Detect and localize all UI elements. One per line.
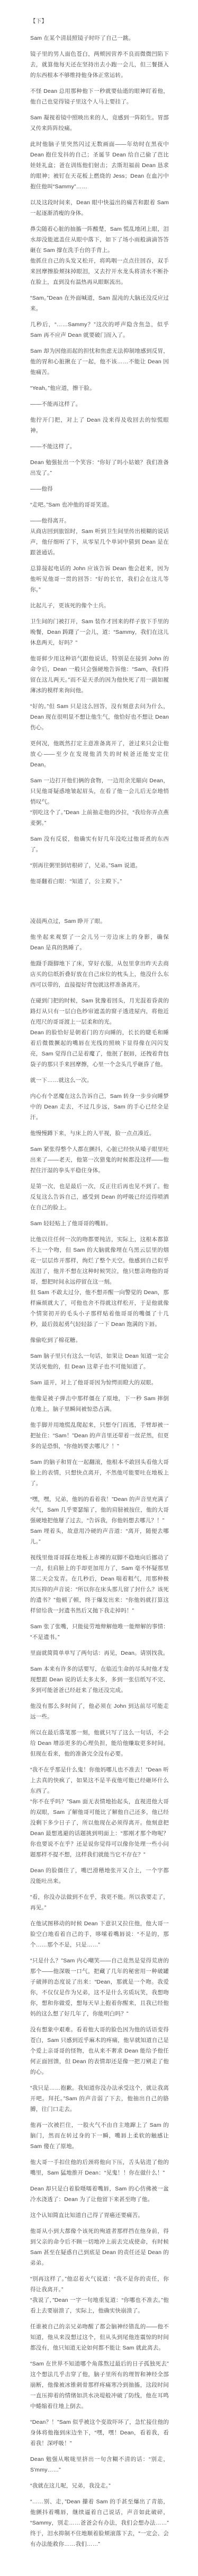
paragraph: “我就在这儿呢，兄弟，我没走。” — [30, 2481, 169, 2491]
paragraph: 几秒后，“……Sammy？”这次的呼声隐含焦急，似乎 Sam 再不应声 Dean… — [30, 319, 169, 340]
paragraph: Dean 的脸僵住了，嘴巴滑稽地张开又合上，一个字都没能吐出来。 — [30, 1865, 169, 1887]
article-title: 【下】 — [30, 16, 169, 27]
paragraph: 他哥翻着白眼：“知道了，公主殿下。” — [30, 876, 169, 887]
paragraph: 更何况，他既然打定主意准备离开了，爸过来只会让他放心——至少在发现他消失的时候爸… — [30, 738, 169, 770]
paragraph: “别再往粥里倒培根碎了，兄弟。”Sam 说道。 — [30, 860, 169, 871]
paragraph: ——不能再这样了。 — [30, 399, 169, 409]
page: { "page": { "background": "#ffffff", "te… — [0, 0, 198, 2576]
paragraph-list: Sam 在某个清晨照镜子时吓了自己一跳。镜子里的男人面色苍白，两颊因营养不良而微… — [30, 33, 169, 2549]
paragraph: Dean 勉强扯出一个笑容：“你好了吗小姑娘？我们准备出发了。” — [30, 457, 169, 478]
paragraph: Sam 在某个清晨照镜子时吓了自己一跳。 — [30, 33, 169, 43]
paragraph: 他蹑手蹑脚地下了床，穿好衣服，从包里拿出昨天去商店买的信纸折叠好放在自己床位的枕… — [30, 958, 169, 990]
paragraph: ——他得 — [30, 484, 169, 494]
paragraph: Sam 的脑子和胃在一起翻滚，他根本不敢回头看他大哥脸上的表情，只想快点离开，不… — [30, 1457, 169, 1489]
paragraph: Dean 勉强从喉咙里挤出一句含糊不清的话：“别走，S'mmy……” — [30, 2454, 169, 2475]
paragraph: “走吧。”Sam 也冲他的哥哥笑道。 — [30, 500, 169, 510]
paragraph: Sam 张了张嘴，只能徒劳地辩解他唯一能辩解的事情：“不是遗书。” — [30, 1621, 169, 1643]
paragraph: 他慢慢蹲下来，与床上的人平视，脸一点点凑近。 — [30, 1128, 169, 1139]
paragraph: 他哥鲜少用这种语气跟他说话，特别是在接到 John 的命令后，Dean 一般只会… — [30, 653, 169, 696]
paragraph: 以及这段时间来，Dean 眼中快溢出的痛苦和跟着 Sam 一起逐渐消瘦的身体。 — [30, 197, 169, 219]
paragraph: 在他试图移动的时候 Dean 下意识又拉住他，他大哥一脸空白地看着自己的手，哆嗦… — [30, 1918, 169, 1950]
paragraph: “Sam。”Dean 在外面喊道，Sam 混沌的大脑还没反应过来。 — [30, 293, 169, 314]
paragraph: 不怪 Dean 总用那种他下一秒就要仙逝的眼神盯着他，他自己也觉得镜子里这个人马… — [30, 86, 169, 107]
paragraph: Sam 脑子里只有这么一句话，如果让 Dean 知道一定会笑话死他的，但 Dea… — [30, 1351, 169, 1372]
section-break — [30, 892, 169, 916]
paragraph: 此时他脑子里突然闪过无数画面——年幼时在黑夜中 Dean 抱住发抖的自己；圣诞节… — [30, 139, 169, 192]
paragraph: 镜子里的男人面色苍白，两颊因营养不良而微微凹陷下去，就算他每天还在坚持出去小跑一… — [30, 49, 169, 81]
paragraph: 总算接起电话的 John 应该告诉 Dean 他会赶来，因为他听见他哥一贯的回答… — [30, 563, 169, 595]
paragraph: 他没有那么多时间了，他必须在 John 到达前尽可能走远一些。 — [30, 1701, 169, 1722]
paragraph: Sam 一边打开他们俩的食物，一边用余光瞄向 Dean，只见他哥疑惑地皱起眉头，… — [30, 775, 169, 828]
paragraph: 凌晨两点过，Sam 睁开了眼。 — [30, 916, 169, 927]
paragraph: Sam 本来有许多的话要写，在临近生命的尽头时他才发现想跟 Dean 说的话太多… — [30, 1664, 169, 1696]
paragraph: Sam 没有反驳，他确实有好几年没吃过他哥煮的东西了。 — [30, 834, 169, 855]
paragraph: 他拧开门把，对上了 Dean 没来得及收回去的惊慌眼神。 — [30, 415, 169, 436]
paragraph: ——不能这样了。 — [30, 441, 169, 452]
paragraph: 他手脚并用地慌乱爬起来，只想夺门而逃，手臂却被一把扯住：“Sam！”Dean 的… — [30, 1420, 169, 1452]
paragraph: “Dean？！”Sam 似乎被这个变故吓坏了，急忙接住他的身体将他拖到床边坐下，… — [30, 2417, 169, 2449]
paragraph: 视线里他哥哥踩在地板上赤裸的双脚不稳地向后挪动了一点，但肩膀上的手却更加用力了，… — [30, 1552, 169, 1616]
paragraph: “Yeah。”他应道，擦干脸。 — [30, 383, 169, 394]
paragraph: 卫生间的门被打开，Sam 装作才回来的样子放下手里的晚餐，Dean 踌躇了一会儿… — [30, 616, 169, 648]
paragraph: 是第一次，也是最后一次，反正往后再也见不到了。他反复这么告诉自己，感受到 Dea… — [30, 1181, 169, 1213]
paragraph: Sam 凝视着镜中照映出来的人，竟感到一阵陌生。胃部又传来阵阵绞痛。 — [30, 112, 169, 134]
paragraph: 他哥从小到大都像个该死的殉道者那样挡在他身前，得到父亲的命令后不顾一切地冲上前去… — [30, 2226, 169, 2268]
paragraph: 就一下……就这么一次。 — [30, 1075, 169, 1086]
paragraph: 里面就简简单单写了两句话：再见，Dean。请别找我。 — [30, 1648, 169, 1658]
paragraph: “看，你没办法做到不在乎，我更不能。所以我要走了，再见。” — [30, 1892, 169, 1913]
paragraph: 他再一次被拦住，一股火气不由自主地蹿上了 Sam 的脑门，然而在转过身的下一瞬，… — [30, 2120, 169, 2152]
paragraph: 内心有个恶魔在这么告诉自己，Sam 转身一步步向睡梦中的 Dean 走去，不过几… — [30, 1091, 169, 1123]
paragraph: “嘿，嘿，兄弟，他妈的看着我！”Dean 的声音里充满了火气，Sam 几乎要瑟缩… — [30, 1494, 169, 1547]
paragraph: 没有想象中艰难。看着他大哥的脸色因为他的话语变得苍白，Sam 只感到近乎麻木的疼… — [30, 2024, 169, 2077]
article-body: 【下】 Sam 在某个清晨照镜子时吓了自己一跳。镜子里的男人面色苍白，两颊因营养… — [0, 0, 198, 2576]
paragraph: 这个认知简直比知道自己得了胃癌还要痛苦。 — [30, 2210, 169, 2221]
paragraph: 任谁被自己的亲兄弟吻醒了都会脑神经错乱的——他不知道，他从来没想过这个，但从头到… — [30, 2321, 169, 2353]
paragraph: “别再这样了。”他忍着火气说道：“我不是你的责任，你得让我离开。” “我说了，”… — [30, 2274, 169, 2316]
paragraph: 比起儿子，更该死的像个士兵。 — [30, 600, 169, 611]
paragraph: Sam 轻轻贴上了他哥哥的嘴唇。 — [30, 1218, 169, 1229]
paragraph: 鼻尖随着心脏的抽搐一阵酸楚，Sam 慌乱地闭上眼，泪水却没能遮盖住从眼中落下，如… — [30, 224, 169, 287]
paragraph: Sam 却为因他而起的担忧和焦虑无法抑制地感到反胃，他的胃和心脏揪在了一起，他不… — [30, 346, 169, 378]
paragraph: 他坐起来观察了一会儿另一旁边床上的身影，确保 Dean 是真的熟睡了。 — [30, 932, 169, 953]
paragraph: 在碰到门把的时候，Sam 犹豫着回头，月光混着昏黄的路灯从只有一层白色纱帘遮盖的… — [30, 996, 169, 1070]
paragraph: “我只是……抱歉。我知道你没办法承受这个，就让我离开吧。拜托。”Sam 的声音弱… — [30, 2083, 169, 2115]
paragraph: ——他得离开。 从商店回到旅馆时，Sam 听到卫生间里传出模糊的说话声，他仔细听… — [30, 516, 169, 558]
paragraph: “Sam 在世界不知道哪个角落熬过最后的日子孤独死去”这个想法几乎击穿了他，脑子… — [30, 2359, 169, 2412]
paragraph: Sam 紧张得整个人都在颤抖，心脏已经快从嗓子眼里吐出来了——老天，他第一次猎鬼… — [30, 1144, 169, 1176]
paragraph: 像偷吃到了棉花糖。 — [30, 1335, 169, 1346]
paragraph: Sam 退开，对上了他哥哥因为惊愕而瞪大的双眼。 — [30, 1377, 169, 1388]
paragraph: “我不在乎那是什么鬼！你他妈哪儿也不准去！”Dean 听上去真的快疯了，如果这不… — [30, 1765, 169, 1860]
paragraph: 所以在最后落笔那一刻，他就只写了这么一句话，不会给 Dean 增添更多的心理负担… — [30, 1727, 169, 1759]
paragraph: 比他以往任何一次的吻都要纯洁，实际上，这根本都算不上一个吻，但 Sam 的大脑就… — [30, 1234, 169, 1330]
paragraph: “只是什么？”Sam 内心嘲笑——自己竟然是觉得荒唐的那个——他深吸一口气，把藏… — [30, 1955, 169, 2019]
paragraph: Dean 却只是白着脸嗫嚅着嘴唇，Sam 的心仿佛被一盆冷水浇透了：Dean 为… — [30, 2184, 169, 2205]
paragraph: 他大哥一手扣住他的后颈将他向下压，舌头钻进了他的嘴里，Sam 猛地推开 Dean… — [30, 2157, 169, 2178]
paragraph: 他像是被子弹击中那样僵在了原地，下一秒 Sam 摔倒在地上，脑子里瞬间被惊恐占满… — [30, 1393, 169, 1414]
paragraph: “好的。”但 Sam 只是这么回答，没有刻意去问为什么，Dean 现在很明显不想… — [30, 701, 169, 733]
paragraph: “……别、走，”Dean 攥着 Sam 的手甚至爆出了青筋，他颤抖着嘴唇，继续逼… — [30, 2496, 169, 2549]
